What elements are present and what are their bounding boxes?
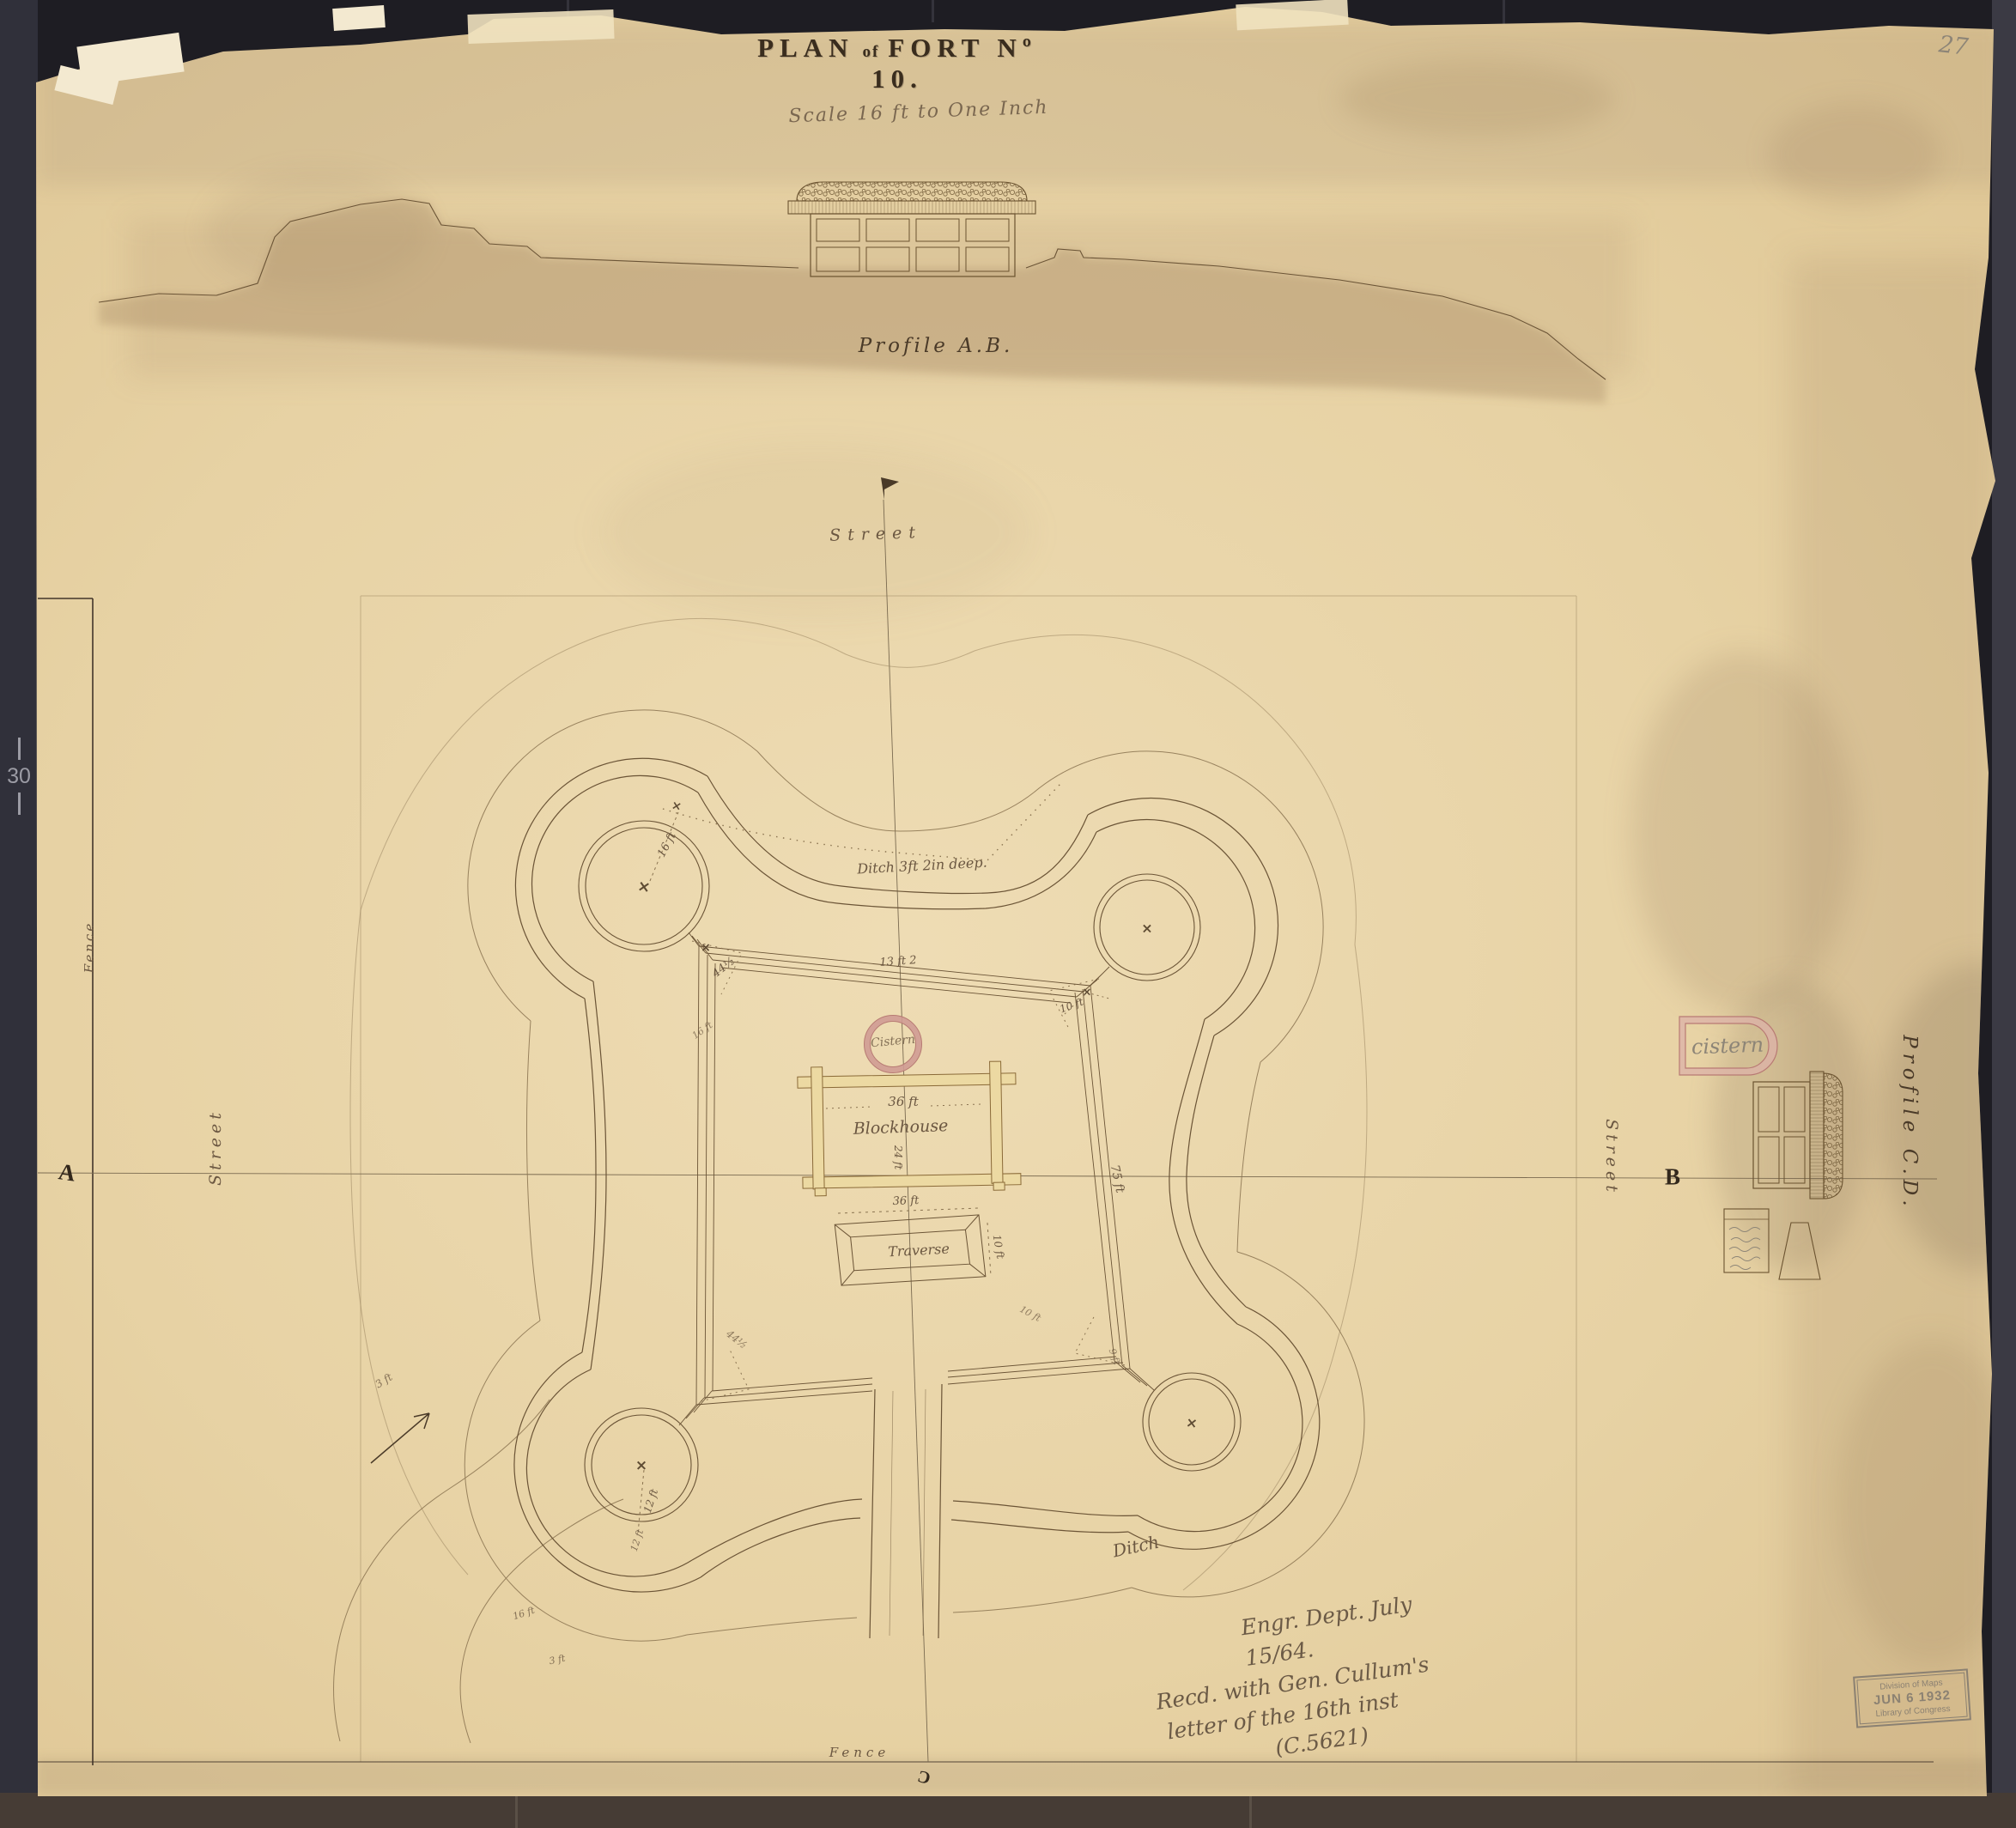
profile-cd-label: Profile C.D. — [1898, 1035, 1921, 1212]
survey-mark: × — [1083, 987, 1092, 999]
survey-lines — [38, 477, 1937, 1765]
profile-cd-drawing — [1724, 1072, 1843, 1279]
film-border-bottom — [0, 1793, 2016, 1828]
title-part: of — [862, 43, 879, 61]
sentry-box-profile — [1724, 1209, 1769, 1272]
chimney-profile — [1779, 1223, 1820, 1279]
counterscarp-dotted-line — [663, 783, 1061, 860]
section-marker-b: B — [1665, 1164, 1680, 1191]
fence-label-south: Fence — [829, 1745, 890, 1760]
pencil-scribbles — [1729, 1228, 1760, 1270]
profile-ab-drawing — [99, 182, 1606, 404]
sheet-number: 27 — [1937, 31, 1969, 60]
bastion-center-mark: × — [1185, 1414, 1199, 1432]
bastion-center-mark: × — [1141, 920, 1152, 937]
traverse-width-dim: 36 ft — [892, 1194, 919, 1208]
film-seam — [515, 1793, 518, 1828]
library-of-congress-stamp: Division of Maps JUN 6 1932 Library of C… — [1853, 1668, 1971, 1728]
map-paper: StreetStreetStreetFenceFenceDitch 3ft 2i… — [0, 0, 2016, 1828]
street-label-north: Street — [829, 523, 923, 545]
film-tick — [18, 793, 21, 815]
glacis-outline — [334, 710, 1364, 1743]
photographed-map-sheet: 30 — [0, 0, 2016, 1828]
film-edge-frame-number: 30 — [0, 734, 38, 818]
plan-drawing — [0, 0, 2016, 1828]
film-border-left — [0, 0, 38, 1828]
dimension-dashes — [638, 812, 1125, 1533]
blockhouse-depth-dim: 24 ft — [892, 1145, 904, 1169]
gate-passage — [870, 1384, 942, 1638]
cistern-label-profile: cistern — [1691, 1033, 1764, 1060]
street-label-east: Street — [1602, 1119, 1621, 1196]
blockhouse-width-dim: 36 ft — [888, 1094, 918, 1109]
tape-fragment — [467, 9, 614, 44]
torn-paper-chip — [332, 5, 386, 31]
stamp-inner-border: Division of Maps JUN 6 1932 Library of C… — [1856, 1673, 1967, 1725]
bastion-center-mark: × — [635, 1457, 647, 1474]
entrance-arrow — [371, 1413, 429, 1463]
section-marker-d-flag — [881, 477, 899, 500]
film-seam — [1503, 0, 1505, 24]
profile-ab-label: Profile A.B. — [820, 335, 1052, 357]
traverse-label: Traverse — [888, 1241, 950, 1260]
title-part: PLAN — [757, 33, 853, 63]
face-dim: 13 ft 2 — [879, 954, 917, 969]
film-number: 30 — [0, 763, 38, 789]
film-seam — [932, 0, 934, 22]
film-tick — [18, 738, 21, 760]
section-marker-a: A — [57, 1158, 77, 1187]
street-label-west: Street — [206, 1108, 225, 1186]
survey-mark: × — [701, 941, 711, 955]
film-border-right — [1992, 0, 2016, 1828]
page-title: PLANofFORTNº 10. — [726, 33, 1069, 94]
film-seam — [1249, 1793, 1252, 1828]
title-part: FORT — [888, 33, 985, 63]
fence-label-west: Fence — [82, 921, 97, 973]
blockhouse-label: Blockhouse — [853, 1116, 948, 1139]
